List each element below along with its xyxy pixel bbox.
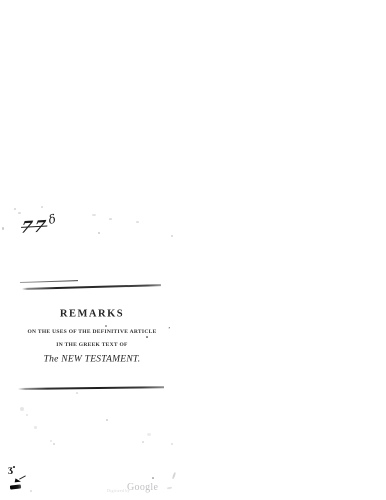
handwritten-crossed-sevens: 77 [19, 218, 48, 236]
scan-speck [41, 206, 43, 208]
arrow-head [15, 478, 22, 483]
scan-speck [92, 214, 96, 216]
handwritten-superscript: δ [48, 213, 58, 226]
scan-speck [50, 440, 52, 442]
handwritten-shelfmark: 77δ [21, 218, 55, 238]
scan-speck [152, 477, 154, 479]
scan-speck [13, 466, 15, 468]
stray-ink-tick: ’ [168, 327, 170, 334]
scan-speck [109, 218, 112, 220]
scan-speck [2, 227, 4, 230]
scan-speck [53, 443, 55, 445]
scan-speck [105, 325, 107, 327]
scan-speck [20, 407, 24, 411]
subtitle-line-3: The NEW TESTAMENT. [20, 354, 164, 364]
scan-speck [146, 336, 148, 338]
bottom-rule [18, 386, 164, 390]
scan-speck [171, 235, 173, 237]
scan-speck [167, 487, 172, 489]
top-rule [22, 284, 161, 290]
scan-speck [14, 208, 16, 210]
watermark-brand: Google [127, 483, 158, 493]
scanned-book-page: 77δ REMARKS ON THE USES OF THE DEFINITIV… [0, 0, 386, 500]
scan-speck [76, 392, 78, 394]
scan-speck [172, 472, 176, 479]
scan-speck [171, 443, 173, 445]
book-title: REMARKS [20, 308, 164, 319]
ink-smudge-bar [10, 484, 21, 489]
title-block: REMARKS ON THE USES OF THE DEFINITIVE AR… [20, 282, 164, 394]
scan-speck [106, 419, 108, 421]
scan-speck [98, 232, 100, 234]
scan-speck [26, 414, 28, 416]
scan-speck [136, 221, 139, 223]
top-rule-thin-line [20, 280, 78, 283]
scan-speck [142, 441, 144, 443]
scan-speck [30, 490, 32, 492]
scan-speck [147, 433, 151, 436]
margin-ink-mark: ʒ [8, 465, 13, 473]
subtitle-line-1: ON THE USES OF THE DEFINITIVE ARTICLE [20, 329, 164, 335]
scan-speck [18, 212, 21, 214]
subtitle-line-2: IN THE GREEK TEXT OF [20, 342, 164, 348]
scan-speck [34, 426, 37, 429]
